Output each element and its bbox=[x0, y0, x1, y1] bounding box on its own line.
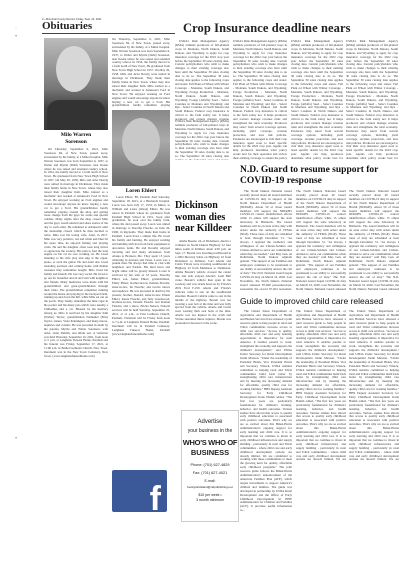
margin-mark: • bbox=[15, 436, 17, 442]
obituary-name: Loren Ehlert bbox=[112, 188, 170, 195]
obituary-photo-milo-sorenson bbox=[44, 38, 108, 130]
ad-line4: BUSINESS bbox=[182, 448, 238, 457]
facebook-icon: f bbox=[150, 482, 161, 516]
guard-article-text: The North Dakota National Guard recently… bbox=[240, 190, 292, 290]
main-headline: Crop Insurance deadline nears bbox=[183, 21, 351, 35]
childcare-article-text-cont: The United States Department of Agricult… bbox=[296, 310, 346, 460]
crop-article-body-cont: USDA's Risk Management Agency (RMA) remi… bbox=[175, 120, 229, 160]
crop-article-col4: USDA's Risk Management Agency (RMA) remi… bbox=[346, 40, 398, 160]
obituary-name: Milo Warren Sorenson bbox=[44, 132, 108, 146]
childcare-article-text-cont: The United States Department of Agricult… bbox=[349, 310, 399, 460]
ad-email[interactable]: beckystrickland@ndpublishing.net bbox=[182, 485, 238, 489]
ad-line1: Advertise bbox=[182, 419, 238, 425]
crop-article-body-cont: USDA's Risk Management Agency (RMA) remi… bbox=[291, 40, 343, 160]
crop-article-body-cont: USDA's Risk Management Agency (RMA) remi… bbox=[233, 40, 287, 160]
obituary-body-continued: On Thursday, September 9, 2021, Milo Sor… bbox=[112, 38, 170, 108]
obituary-body: Loren Ehlert, 88, Parshall died Saturday… bbox=[112, 196, 170, 337]
ad-phone: Phone: (701) 627-4829 bbox=[182, 463, 238, 467]
obituary-body: On Thursday, September 9, 2021, Milo Sor… bbox=[44, 148, 108, 359]
obituary-photo-loren-ehlert bbox=[112, 110, 170, 186]
ad-email-label: E-mail: bbox=[182, 479, 238, 483]
guard-article-text-cont: The North Dakota National Guard recently… bbox=[296, 190, 346, 290]
ad-fax: Fax: (701) 627-4021 bbox=[182, 471, 238, 475]
ad-minimum: 3 month minimum bbox=[182, 498, 238, 502]
dickinson-headline: Dickinson woman dies near Killdeer bbox=[175, 200, 233, 235]
guard-article-col1: The North Dakota National Guard recently… bbox=[240, 190, 292, 290]
obituary-text-milo-continued: On Thursday, September 9, 2021, Milo Sor… bbox=[112, 38, 170, 108]
margin-mark: · bbox=[15, 26, 17, 32]
ad-price: $10 per week • bbox=[182, 493, 238, 497]
crop-article-body-cont: USDA's Risk Management Agency (RMA) remi… bbox=[346, 40, 398, 160]
facebook-logo[interactable]: f bbox=[112, 470, 167, 512]
crop-article-body: USDA's Risk Management Agency (RMA) remi… bbox=[175, 40, 229, 120]
obituary-name-line1: Milo Warren bbox=[44, 132, 108, 139]
childcare-headline: Guide to improved child care released bbox=[240, 296, 400, 306]
childcare-article-col3: The United States Department of Agricult… bbox=[349, 310, 399, 460]
childcare-article-text: The United States Department of Agricult… bbox=[240, 310, 292, 513]
childcare-article-col2: The United States Department of Agricult… bbox=[296, 310, 346, 460]
crop-article-col1: USDA's Risk Management Agency (RMA) remi… bbox=[175, 40, 229, 120]
obituary-name-line2: Sorenson bbox=[44, 139, 108, 146]
obituary-text-loren: Loren Ehlert, 88, Parshall died Saturday… bbox=[112, 196, 170, 396]
guard-headline: N.D. Guard to resume support for COVID-1… bbox=[240, 165, 400, 187]
crop-article-col3: USDA's Risk Management Agency (RMA) remi… bbox=[291, 40, 343, 160]
crop-article-col1b: USDA's Risk Management Agency (RMA) remi… bbox=[175, 120, 229, 160]
childcare-article-col1: The United States Department of Agricult… bbox=[240, 310, 292, 520]
ad-line2: your business in the bbox=[182, 428, 238, 434]
whos-who-advertisement[interactable]: Advertise your business in the WHO'S WHO… bbox=[181, 410, 239, 522]
guard-article-text-cont: The North Dakota National Guard recently… bbox=[349, 190, 399, 290]
guard-article-col2: The North Dakota National Guard recently… bbox=[296, 190, 346, 290]
section-title: Obituaries bbox=[42, 20, 175, 34]
crop-article-col2: USDA's Risk Management Agency (RMA) remi… bbox=[233, 40, 287, 160]
dickinson-article-text: Alisha Bosant, 24, of Dickinson, died in… bbox=[175, 240, 231, 326]
dickinson-article-body: Alisha Bosant, 24, of Dickinson, died in… bbox=[175, 240, 231, 390]
guard-article-col3: The North Dakota National Guard recently… bbox=[349, 190, 399, 290]
margin-mark: • bbox=[15, 34, 17, 40]
ad-line3: WHO'S WHO OF bbox=[182, 438, 238, 447]
obituary-text-milo: On Thursday, September 9, 2021, Milo Sor… bbox=[44, 148, 108, 567]
